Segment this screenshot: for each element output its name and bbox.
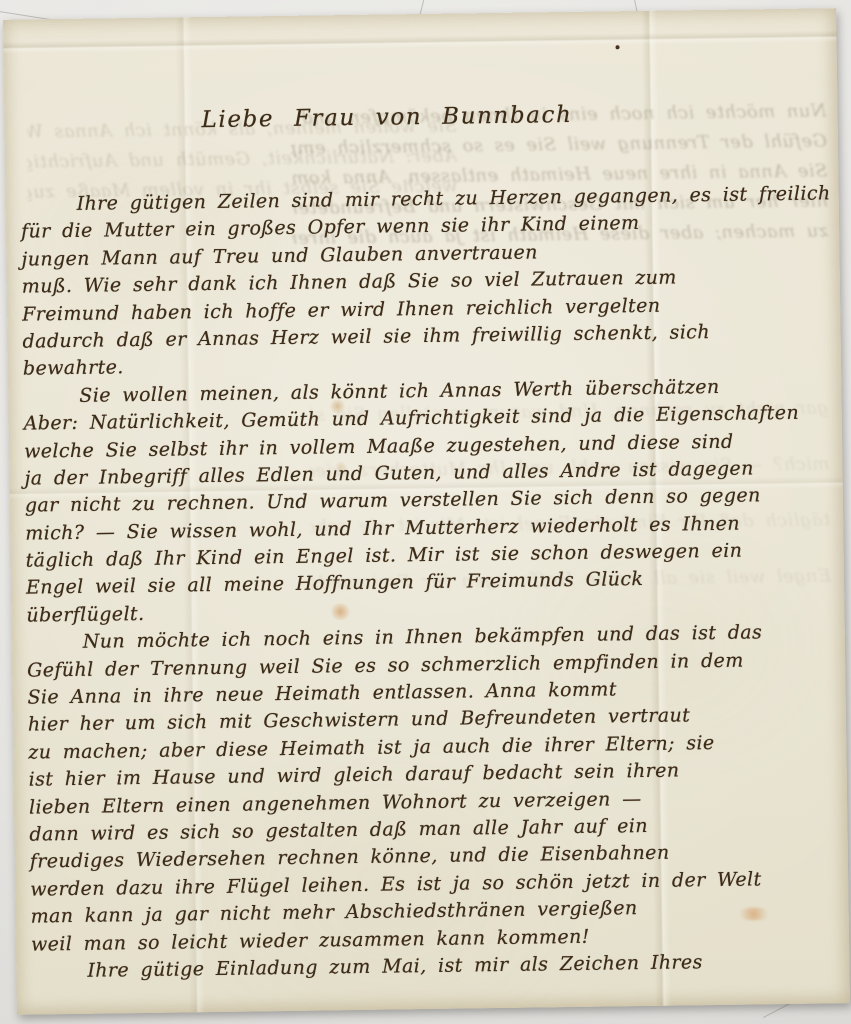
letter-paper: Nun möchte ich noch eins in Ihnen bekämp…	[3, 8, 850, 1015]
paragraph-3: Nun möchte ich noch eins in Ihnen bekämp…	[27, 621, 840, 961]
paragraph-2: Sie wollen meinen, als könnt ich Annas W…	[23, 374, 834, 632]
salutation-line: Liebe Frau von Bunnbach	[201, 98, 827, 147]
ink-dot	[616, 45, 620, 49]
letter-body: Liebe Frau von Bunnbach Ihre gütigen Zei…	[19, 98, 839, 988]
horizontal-fold-crease	[3, 30, 836, 54]
scan-background: Nun möchte ich noch eins in Ihnen bekämp…	[0, 0, 851, 1024]
paragraph-1: Ihre gütigen Zeilen sind mir recht zu He…	[21, 182, 832, 385]
